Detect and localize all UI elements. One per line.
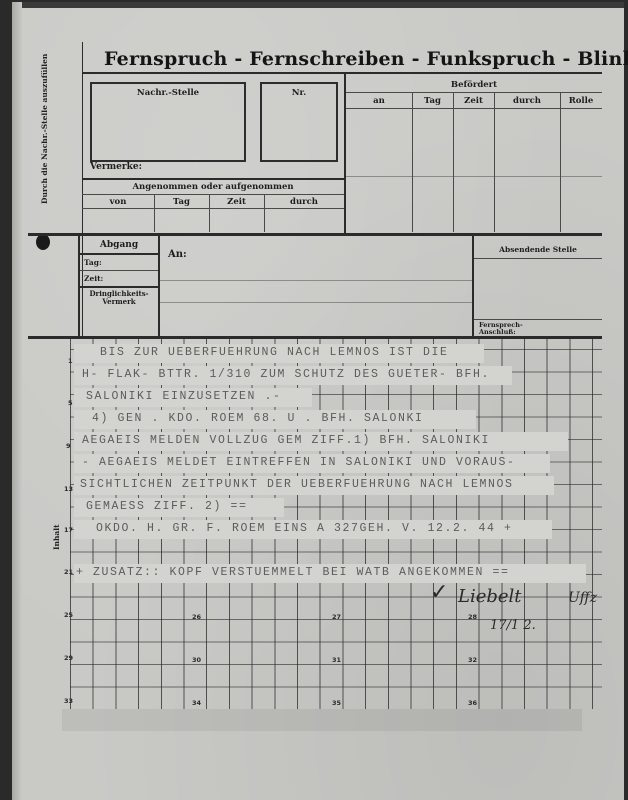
inhalt-label: Inhalt: [52, 524, 61, 550]
row-number: 17: [64, 526, 73, 534]
vermerke-label: Vermerke:: [90, 162, 142, 172]
handwritten-date: 17/1 2.: [490, 618, 536, 633]
absender-rule: [474, 258, 602, 259]
befoerdert-divider: [494, 92, 495, 232]
initials: Uffz: [568, 590, 597, 606]
title-rule: [82, 72, 602, 74]
signature: Liebelt: [458, 586, 522, 607]
grid-number: 30: [192, 656, 201, 664]
dringlichkeit-label: Dringlichkeits- Vermerk: [80, 290, 158, 306]
message-line-7: SICHTLICHEN ZEITPUNKT DER UEBERFUEHRUNG …: [80, 478, 514, 491]
message-line-4: 4) GEN . KDO. ROEM 68. U . BFH. SALONKI: [92, 412, 424, 425]
scan-edge: [12, 2, 624, 8]
befoerdert-divider: [412, 92, 413, 232]
checkmark-icon: ✓: [430, 580, 448, 605]
message-line-6: - AEGAEIS MELDET EINTREFFEN IN SALONIKI …: [82, 456, 516, 469]
grid-number: 32: [468, 656, 477, 664]
row-number: 13: [64, 485, 73, 493]
side-note: Durch die Nachr.-Stelle auszufüllen: [40, 54, 49, 204]
abgang-tag-label: Tag:: [84, 258, 102, 267]
section-rule-top: [28, 233, 602, 236]
abgang-rule: [80, 286, 158, 288]
abgang-zeit-label: Zeit:: [84, 274, 103, 283]
an-label: An:: [168, 249, 187, 260]
row-number: 5: [68, 399, 73, 407]
absender-rule: [474, 319, 602, 320]
befoerdert-heading: Befördert: [346, 80, 602, 90]
row-number: 33: [64, 697, 73, 705]
grid-number: 28: [468, 613, 477, 621]
grid-number: 26: [192, 613, 201, 621]
befoerdert-col-durch: durch: [494, 96, 560, 106]
nachr-stelle-label: Nachr.-Stelle: [92, 88, 244, 98]
befoerdert-sub-rule: [346, 92, 602, 93]
angenommen-divider: [209, 194, 210, 232]
angenommen-top-rule: [82, 178, 344, 180]
scan-shadow-bottom: [62, 709, 582, 731]
befoerdert-col-rolle: Rolle: [560, 96, 602, 106]
message-line-10: + ZUSATZ:: KOPF VERSTUEMMELT BEI WATB AN…: [76, 566, 510, 579]
punch-hole: [36, 234, 50, 250]
befoerdert-divider: [453, 92, 454, 232]
absendende-stelle-label: Absendende Stelle: [474, 245, 602, 254]
angenommen-col-zeit: Zeit: [209, 197, 264, 207]
fernsprech-label: Fernsprech- Anschluß:: [479, 322, 523, 336]
grid-number: 34: [192, 699, 201, 707]
abgang-rule: [80, 253, 158, 255]
abgang-right-border: [158, 236, 160, 336]
form-sheet: Fernspruch - Fernschreiben - Funkspruch …: [12, 2, 624, 800]
befoerdert-col-zeit: Zeit: [453, 96, 494, 106]
angenommen-divider: [264, 194, 265, 232]
angenommen-col-tag: Tag: [154, 197, 209, 207]
row-number: 25: [64, 611, 73, 619]
abgang-heading: Abgang: [80, 240, 158, 250]
angenommen-heading: Angenommen oder aufgenommen: [82, 182, 344, 192]
row-number: 9: [66, 442, 71, 450]
row-number: 1: [68, 357, 73, 365]
an-line: [160, 302, 472, 303]
angenommen-col-von: von: [82, 197, 154, 207]
nr-box[interactable]: Nr.: [260, 82, 338, 162]
row-number: 21: [64, 568, 73, 576]
befoerdert-header-rule: [346, 108, 602, 109]
nr-label: Nr.: [262, 88, 336, 98]
befoerdert-divider: [560, 92, 561, 232]
angenommen-sub-rule: [82, 194, 344, 195]
form-title: Fernspruch - Fernschreiben - Funkspruch …: [104, 48, 604, 70]
angenommen-header-rule: [82, 208, 344, 209]
an-line: [160, 280, 472, 281]
befoerdert-col-tag: Tag: [412, 96, 453, 106]
befoerdert-row-rule: [346, 176, 602, 177]
grid-number: 27: [332, 613, 341, 621]
abgang-rule: [80, 270, 158, 271]
scan-shadow: [12, 2, 22, 800]
message-line-2: H- FLAK- BTTR. 1/310 ZUM SCHUTZ DES GUET…: [82, 368, 490, 381]
angenommen-divider: [154, 194, 155, 232]
angenommen-col-durch: durch: [264, 197, 344, 207]
grid-number: 35: [332, 699, 341, 707]
message-line-1: BIS ZUR UEBERFUEHRUNG NACH LEMNOS IST DI…: [100, 346, 449, 359]
message-line-5: AEGAEIS MELDEN VOLLZUG GEM ZIFF.1) BFH. …: [82, 434, 490, 447]
message-line-3: SALONIKI EINZUSETZEN .-: [86, 390, 282, 403]
message-line-9: OKDO. H. GR. F. ROEM EINS A 327GEH. V. 1…: [96, 522, 513, 535]
message-line-8: GEMAESS ZIFF. 2) ==: [86, 500, 248, 513]
befoerdert-col-an: an: [346, 96, 412, 106]
nachr-stelle-box[interactable]: Nachr.-Stelle: [90, 82, 246, 162]
grid-number: 31: [332, 656, 341, 664]
row-number: 29: [64, 654, 73, 662]
grid-number: 36: [468, 699, 477, 707]
